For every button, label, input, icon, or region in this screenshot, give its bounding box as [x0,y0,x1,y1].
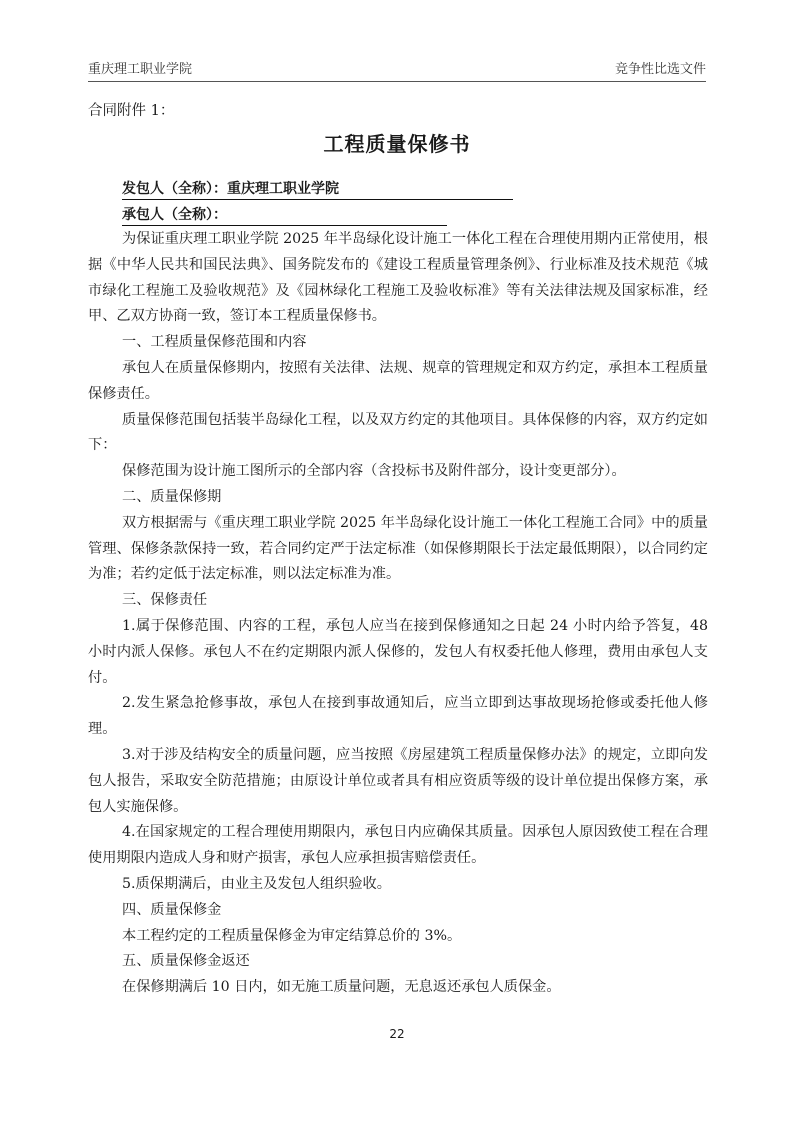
contractor-text: 承包人（全称）： [122,207,227,223]
section-heading-3: 三、保修责任 [88,588,708,614]
section-heading-4: 四、质量保修金 [88,898,708,924]
section-heading-1: 一、工程质量保修范围和内容 [88,330,708,356]
employer-line: 发包人（全称）：重庆理工职业学院 [122,178,339,198]
contractor-line: 承包人（全称）： [122,204,227,224]
document-body: 为保证重庆理工职业学院 2025 年半岛绿化设计施工一体化工程在合理使用期内正常… [88,227,708,1001]
employer-text: 发包人（全称）：重庆理工职业学院 [122,181,339,197]
list-item: 5.质保期满后，由业主及发包人组织验收。 [88,872,708,898]
paragraph: 保修范围为设计施工图所示的全部内容（含投标书及附件部分，设计变更部分）。 [88,459,708,485]
employer-underline [122,199,513,200]
header-institution: 重庆理工职业学院 [88,58,192,77]
list-item: 1.属于保修范围、内容的工程，承包人应当在接到保修通知之日起 24 小时内给予答… [88,614,708,691]
list-item: 3.对于涉及结构安全的质量问题，应当按照《房屋建筑工程质量保修办法》的规定，立即… [88,743,708,820]
header-divider [88,81,706,82]
paragraph: 在保修期满后 10 日内，如无施工质量问题，无息返还承包人质保金。 [88,975,708,1001]
paragraph: 质量保修范围包括装半岛绿化工程，以及双方约定的其他项目。具体保修的内容，双方约定… [88,408,708,460]
paragraph: 承包人在质量保修期内，按照有关法律、法规、规章的管理规定和双方约定，承担本工程质… [88,356,708,408]
page-header: 重庆理工职业学院 竞争性比选文件 [88,58,706,80]
document-title: 工程质量保修书 [0,128,794,157]
attachment-label: 合同附件 1： [88,99,174,120]
paragraph: 本工程约定的工程质量保修金为审定结算总价的 3%。 [88,924,708,950]
section-heading-2: 二、质量保修期 [88,485,708,511]
section-heading-5: 五、质量保修金返还 [88,949,708,975]
list-item: 2.发生紧急抢修事故，承包人在接到事故通知后，应当立即到达事故现场抢修或委托他人… [88,691,708,743]
intro-paragraph: 为保证重庆理工职业学院 2025 年半岛绿化设计施工一体化工程在合理使用期内正常… [88,227,708,330]
page-number: 22 [0,1027,794,1041]
list-item: 4.在国家规定的工程合理使用期限内，承包日内应确保其质量。因承包人原因致使工程在… [88,820,708,872]
contractor-underline [122,225,447,226]
paragraph: 双方根据需与《重庆理工职业学院 2025 年半岛绿化设计施工一体化工程施工合同》… [88,511,708,588]
header-document-type: 竞争性比选文件 [615,58,706,77]
